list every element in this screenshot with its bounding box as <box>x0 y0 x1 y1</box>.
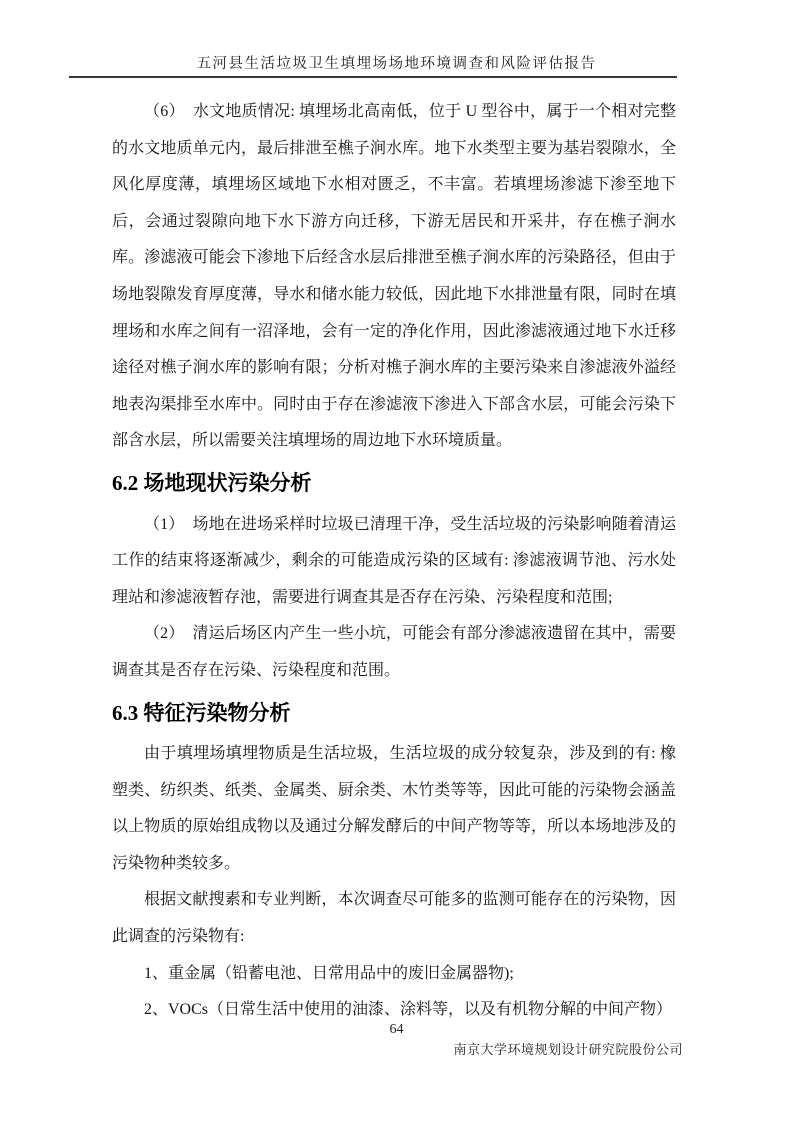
footer-company-name: 南京大学环境规划设计研究院股份公司 <box>0 1039 683 1058</box>
paragraph-item-2: （2） 清运后场区内产生一些小坑，可能会有部分渗滤液遗留在其中，需要调查其是否存… <box>112 616 676 689</box>
paragraph-item-1: （1） 场地在进场采样时垃圾已清理干净，受生活垃圾的污染影响随着清运工作的结束将… <box>112 507 676 617</box>
paragraph-heavy-metals: 1、重金属（铅蓄电池、日常用品中的废旧金属器物); <box>112 956 676 993</box>
heading-section-6-2: 6.2 场地现状污染分析 <box>112 465 676 502</box>
document-body: （6） 水文地质情况: 填埋场北高南低，位于 U 型谷中，属于一个相对完整的水文… <box>112 94 676 1029</box>
page-number: 64 <box>0 1022 793 1038</box>
header-title: 五河县生活垃圾卫生填埋场场地环境调查和风险评估报告 <box>0 52 793 73</box>
paragraph-waste-composition: 由于填埋场填埋物质是生活垃圾，生活垃圾的成分较复杂，涉及到的有: 橡塑类、纺织类… <box>112 736 676 882</box>
heading-section-6-3: 6.3 特征污染物分析 <box>112 695 676 732</box>
paragraph-survey-basis: 根据文献搜素和专业判断，本次调查尽可能多的监测可能存在的污染物，因此调查的污染物… <box>112 882 676 955</box>
paragraph-hydrogeology: （6） 水文地质情况: 填埋场北高南低，位于 U 型谷中，属于一个相对完整的水文… <box>112 94 676 460</box>
document-page: 五河县生活垃圾卫生填埋场场地环境调查和风险评估报告 （6） 水文地质情况: 填埋… <box>0 0 793 1122</box>
header-rule-divider <box>69 76 677 78</box>
